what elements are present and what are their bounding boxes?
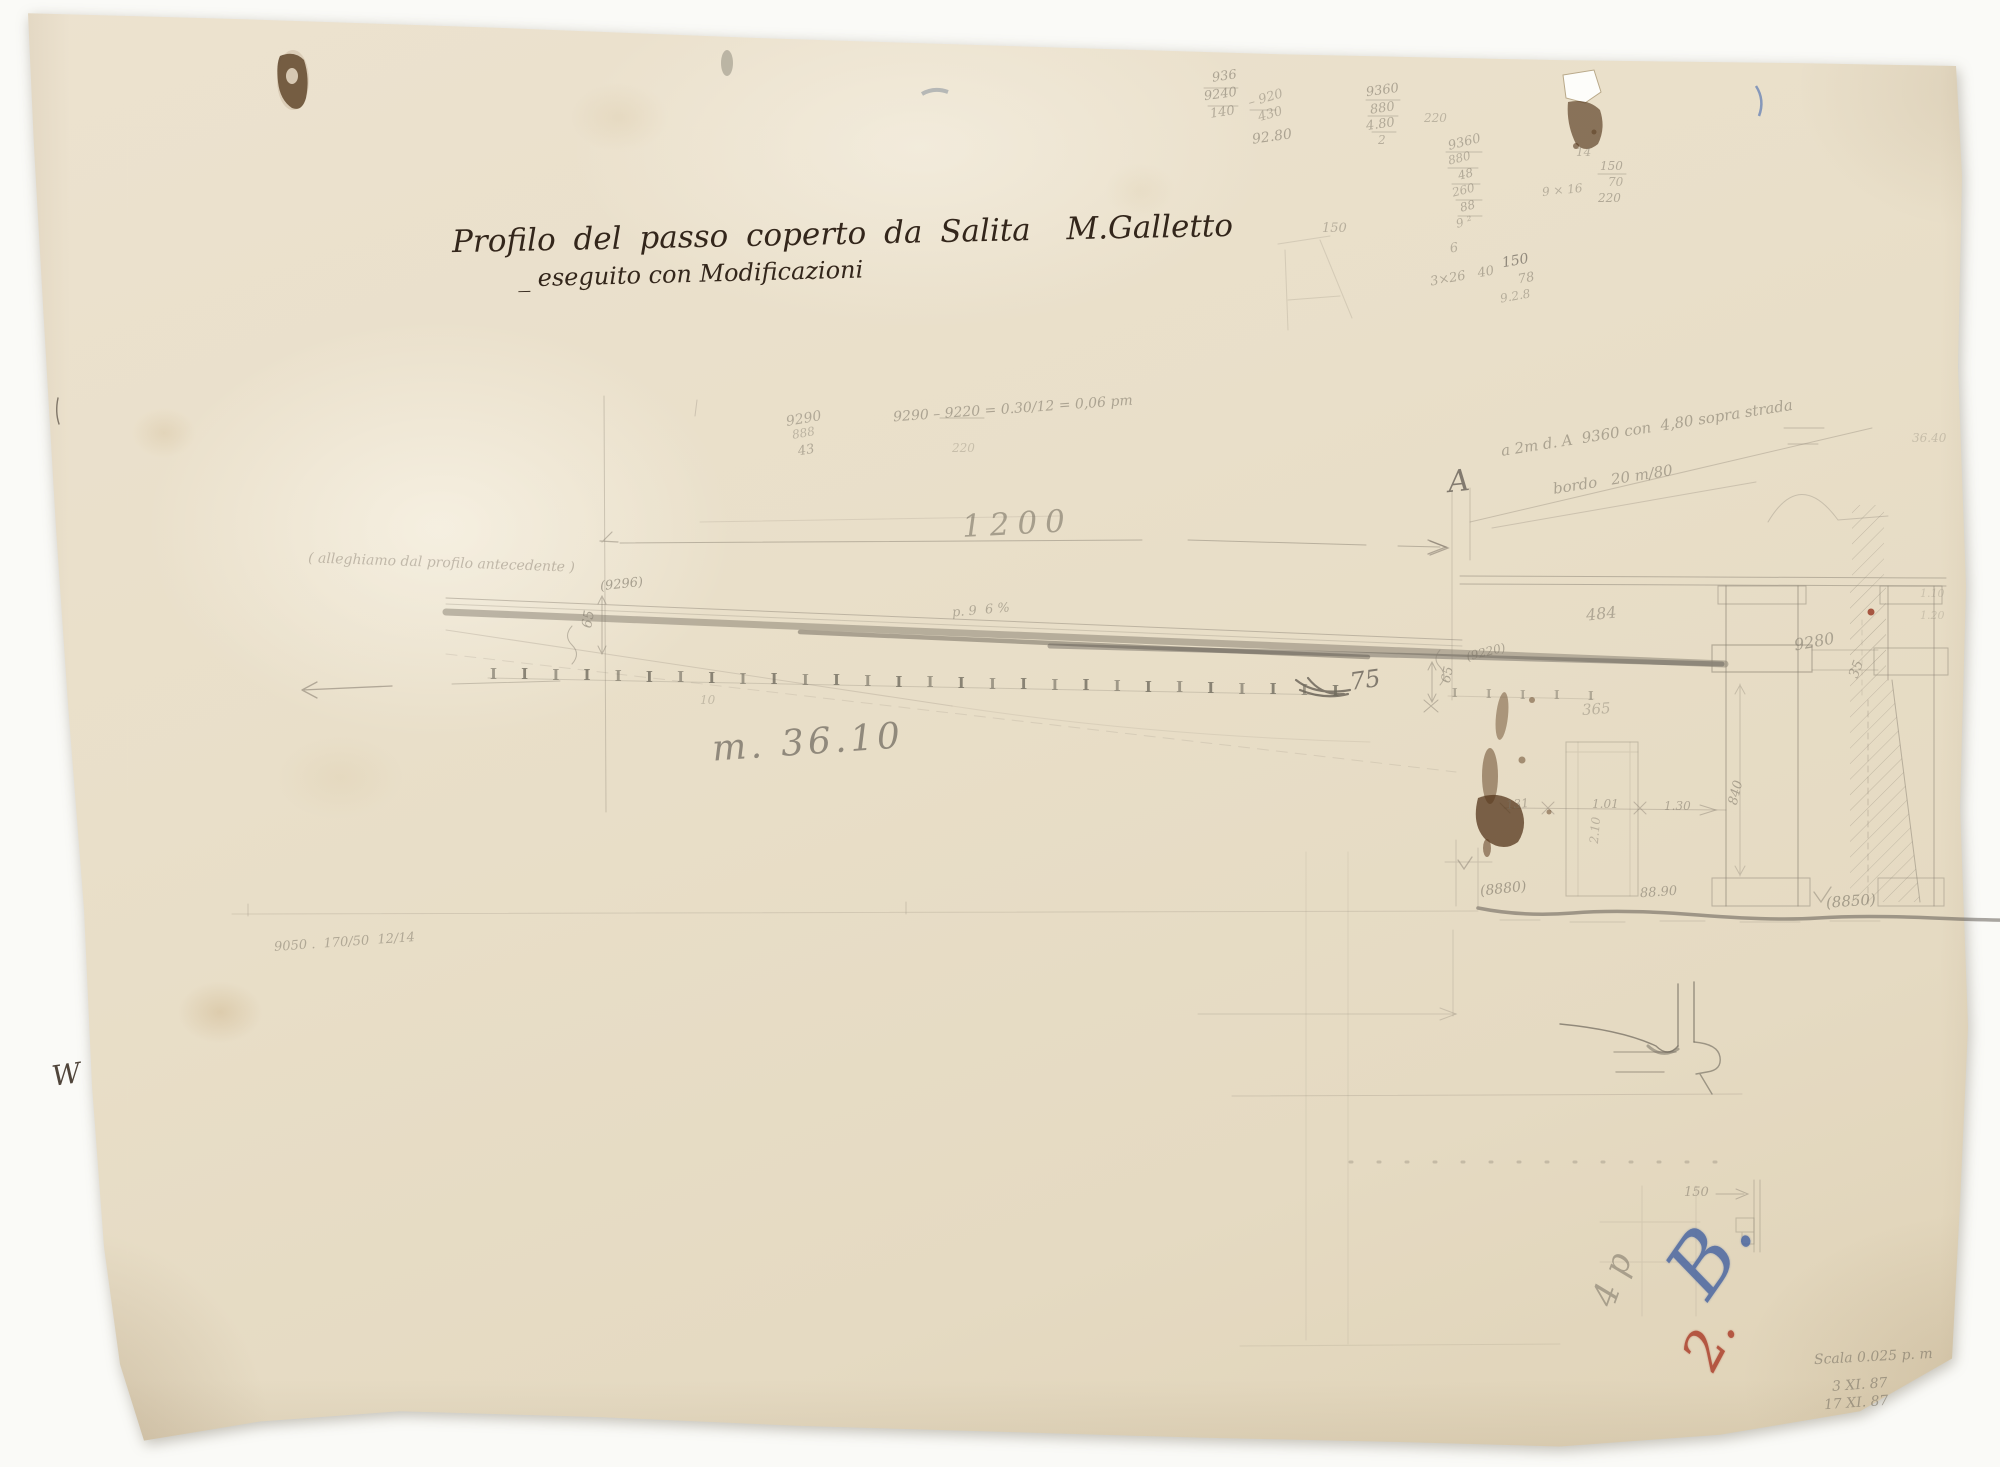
- calc-220c: 220: [952, 442, 975, 455]
- calc-92: 9 ²: [1455, 214, 1474, 230]
- calc-150b: 150: [1322, 222, 1347, 236]
- dim-35: 35: [1847, 658, 1867, 680]
- blue-letter-stamp: B.: [1652, 1193, 1769, 1310]
- calc-9050: 9050 . 170/50 12/14: [274, 931, 416, 954]
- level-8890: 88.90: [1640, 885, 1678, 901]
- dim-840: 840: [1727, 779, 1746, 806]
- calc-43: 43: [797, 443, 816, 459]
- calc-480: 4.80: [1365, 116, 1396, 134]
- calc-14: 14: [1576, 146, 1591, 159]
- slope-note: p. 9 6 %: [952, 602, 1011, 621]
- calc-140: 140: [1209, 104, 1235, 121]
- calc-6: 6: [1449, 241, 1460, 256]
- calc-888: 888: [791, 425, 816, 441]
- margin-120: 1.20: [1920, 610, 1945, 622]
- margin-110: 1.10: [1920, 588, 1945, 600]
- level-9280: 9280: [1793, 631, 1836, 655]
- date-1: 3 XI. 87: [1832, 1376, 1888, 1395]
- dim-span-1200: 1200: [961, 505, 1073, 543]
- level-8880: (8880): [1479, 880, 1527, 899]
- level-9296: (9296): [599, 576, 643, 594]
- scale-note: Scala 0.025 p. m: [1814, 1347, 1933, 1368]
- red-number-stamp: 2.: [1673, 1306, 1747, 1378]
- date-2: 17 XI. 87: [1824, 1394, 1889, 1413]
- length-note: m. 36.10: [711, 717, 905, 768]
- pencil-mark-4p: 4 p: [1587, 1248, 1639, 1311]
- faint-ink-note: ( alleghiamo dal profilo antecedente ): [308, 551, 575, 575]
- dim-65-left: 65: [580, 609, 598, 629]
- slope-equation: 9290 – 9220 = 0.30/12 = 0,06 pm: [893, 394, 1133, 425]
- calc-88: 88: [1459, 198, 1477, 214]
- calc-9240: 9240: [1203, 86, 1238, 104]
- note-line1: a 2m d. A 9360 con 4,80 sopra strada: [1500, 398, 1794, 460]
- calc-220a: 220: [1424, 112, 1447, 125]
- calc-9x16: 9 × 16: [1541, 182, 1583, 199]
- level-9220: (9220): [1465, 641, 1507, 663]
- calc-220b: 220: [1598, 192, 1621, 205]
- calc-936: 936: [1211, 68, 1237, 85]
- dim-130: 1.30: [1664, 800, 1691, 813]
- note-line2: bordo 20 m/80: [1552, 463, 1674, 497]
- dim-131: 131: [1505, 797, 1529, 812]
- dim-101: 1.01: [1592, 798, 1619, 811]
- margin-3640: 36.40: [1912, 432, 1946, 445]
- dim-484: 484: [1585, 604, 1617, 624]
- point-a-label: A: [1446, 465, 1471, 499]
- dim-65-right: 65: [1440, 665, 1457, 684]
- calc-result-9280: 92.80: [1251, 127, 1293, 147]
- calc-928: 9.2.8: [1499, 287, 1531, 305]
- calc-9360a: 9360: [1365, 82, 1400, 100]
- handwriting-layer: Profilo del passo coperto da Salita M.Ga…: [0, 0, 2000, 1467]
- scanned-drawing-sheet: IIIIIIIIIIIIIIIIIIIIIIIIIIIIIIIII Profil…: [0, 0, 2000, 1467]
- calc-150a: 150: [1600, 160, 1623, 173]
- dim-210: 2.10: [1588, 816, 1603, 844]
- calc-430: 430: [1257, 105, 1285, 125]
- calc-div2: 2: [1378, 134, 1386, 147]
- calc-3x26: 3×26 40: [1429, 264, 1495, 289]
- dim-365: 365: [1581, 701, 1611, 719]
- level-8850: (8850): [1826, 892, 1877, 911]
- calc-78: 78: [1517, 271, 1536, 287]
- dim-10: 10: [700, 694, 715, 707]
- sheet-subtitle: _ eseguito con Modificazioni: [518, 257, 864, 291]
- calc-150c: 150: [1501, 252, 1530, 271]
- sheet-title: Profilo del passo coperto da Salita M.Ga…: [452, 210, 1234, 259]
- calc-880b: 880: [1447, 149, 1472, 167]
- calc-70: 70: [1608, 176, 1623, 189]
- w-mark: W: [50, 1058, 83, 1091]
- dim-75: 75: [1348, 666, 1382, 695]
